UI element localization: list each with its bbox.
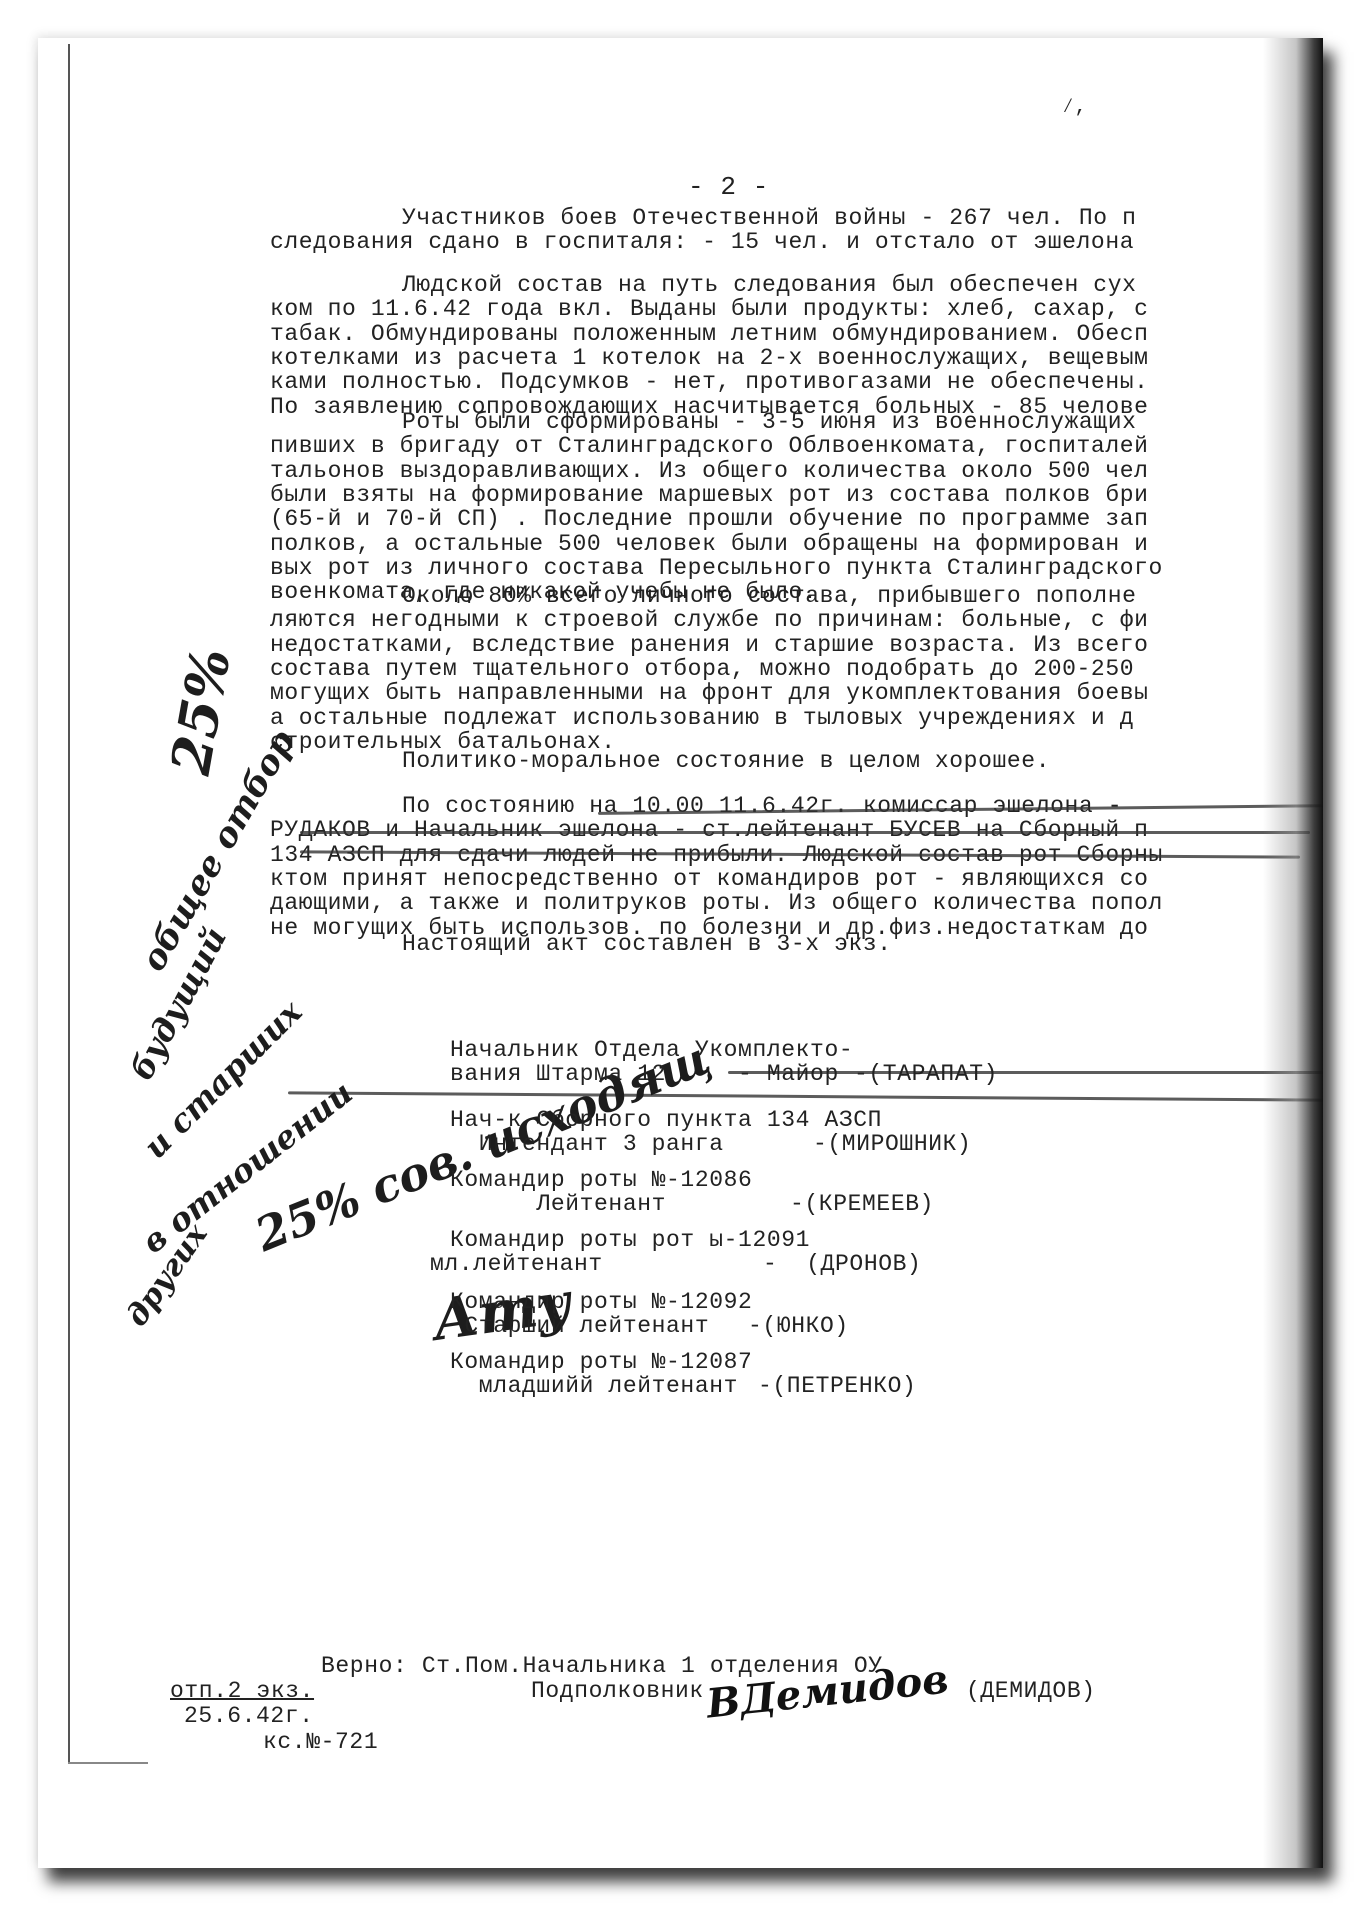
paragraph-line: ктом принят непосредственно от командиро… bbox=[270, 867, 1149, 891]
paragraph-line: состава путем тщательного отбора, можно … bbox=[270, 657, 1149, 681]
pen-underline bbox=[288, 1091, 1323, 1101]
filing-date: 25.6.42г. bbox=[184, 1704, 314, 1728]
pen-strike bbox=[300, 831, 1310, 834]
paragraph-line: (65-й и 70-й СП) . Последние прошли обуч… bbox=[270, 507, 1149, 531]
document-page: ⁄, - 2 - Участников боев Отечественной в… bbox=[38, 38, 1323, 1868]
paragraph-line: дающими, а также и политруков роты. Из о… bbox=[270, 891, 1163, 915]
left-margin-rule bbox=[68, 44, 70, 1764]
paragraph-line: Участников боев Отечественной войны - 26… bbox=[402, 206, 1137, 230]
signatory-title: Командир роты №-12086 bbox=[450, 1168, 752, 1192]
signatory-title: Старший лейтенант bbox=[450, 1314, 709, 1338]
paragraph-line: Около 80% всего личного состава, прибывш… bbox=[402, 584, 1137, 608]
certification-name: (ДЕМИДОВ) bbox=[966, 1679, 1096, 1703]
paragraph-line: табак. Обмундированы положенным летним о… bbox=[270, 322, 1149, 346]
signatory-name: -(ЮНКО) bbox=[748, 1314, 849, 1338]
signatory-name: -(КРЕМЕЕВ) bbox=[790, 1192, 934, 1216]
filing-ref: кс.№-721 bbox=[263, 1730, 378, 1754]
signatory-title: младшийй лейтенант bbox=[450, 1374, 738, 1398]
paragraph-line: полков, а остальные 500 человек были обр… bbox=[270, 532, 1149, 556]
signatory-title: Нач-к Сборного пункта 134 АЗСП bbox=[450, 1108, 882, 1132]
signatory-title: Начальник Отдела Укомплекто- bbox=[450, 1038, 853, 1062]
paragraph-line: были взяты на формирование маршевых рот … bbox=[270, 483, 1149, 507]
scan-shadow-edge bbox=[1263, 38, 1323, 1868]
paragraph-line: следования сдано в госпиталя: - 15 чел. … bbox=[270, 230, 1134, 254]
signatory-title: Интендант 3 ранга bbox=[450, 1132, 724, 1156]
paragraph-line: Роты были сформированы - 3-5 июня из вое… bbox=[402, 410, 1137, 434]
paragraph-line: вых рот из личного состава Пересыльного … bbox=[270, 556, 1163, 580]
signatory-name: -(МИРОШНИК) bbox=[813, 1132, 971, 1156]
certification-rank: Подполковник bbox=[531, 1679, 704, 1703]
paragraph-line: пивших в бригаду от Сталинградского Облв… bbox=[270, 434, 1149, 458]
paragraph-line: ком по 11.6.42 года вкл. Выданы были про… bbox=[270, 297, 1149, 321]
signatory-name: -(ТАРАПАТ) bbox=[854, 1062, 998, 1086]
paragraph-line: а остальные подлежат использованию в тыл… bbox=[270, 706, 1134, 730]
paragraph-line: могущих быть направленными на фронт для … bbox=[270, 681, 1149, 705]
signatory-name: -(ПЕТРЕНКО) bbox=[758, 1374, 916, 1398]
signatory-title: вания Штарма 12 - Майор bbox=[450, 1062, 839, 1086]
paragraph-line: котелками из расчета 1 котелок на 2-х во… bbox=[270, 346, 1149, 370]
signatory-title: Лейтенант bbox=[450, 1192, 666, 1216]
paragraph-line: По состоянию на 10.00 11.6.42г. комиссар… bbox=[402, 794, 1137, 818]
paragraph-line: ками полностью. Подсумков - нет, противо… bbox=[270, 370, 1149, 394]
left-margin-rule-foot bbox=[68, 1762, 148, 1764]
signatory-title: мл.лейтенант bbox=[430, 1252, 603, 1276]
page-number: - 2 - bbox=[688, 175, 769, 199]
paragraph-line: Людской состав на путь следования был об… bbox=[402, 273, 1137, 297]
paragraph-line: тальонов выздоравливающих. Из общего кол… bbox=[270, 459, 1149, 483]
filing-copies: отп.2 экз. bbox=[170, 1679, 314, 1703]
top-mark: ⁄, bbox=[1062, 96, 1087, 120]
signatory-name: - (ДРОНОВ) bbox=[763, 1252, 921, 1276]
paragraph-line: ляются негодными к строевой службе по пр… bbox=[270, 608, 1149, 632]
paragraph-line: недостатками, вследствие ранения и старш… bbox=[270, 633, 1149, 657]
paragraph-line: Политико-моральное состояние в целом хор… bbox=[402, 749, 1050, 773]
signatory-title: Командир роты №-12092 bbox=[450, 1290, 752, 1314]
signatory-title: Командир роты №-12087 bbox=[450, 1350, 752, 1374]
paragraph-line: Настоящий акт составлен в 3-х экз. bbox=[402, 932, 892, 956]
signatory-title: Командир роты рот ы-12091 bbox=[450, 1228, 810, 1252]
handwritten-percent: 25% bbox=[158, 643, 243, 779]
